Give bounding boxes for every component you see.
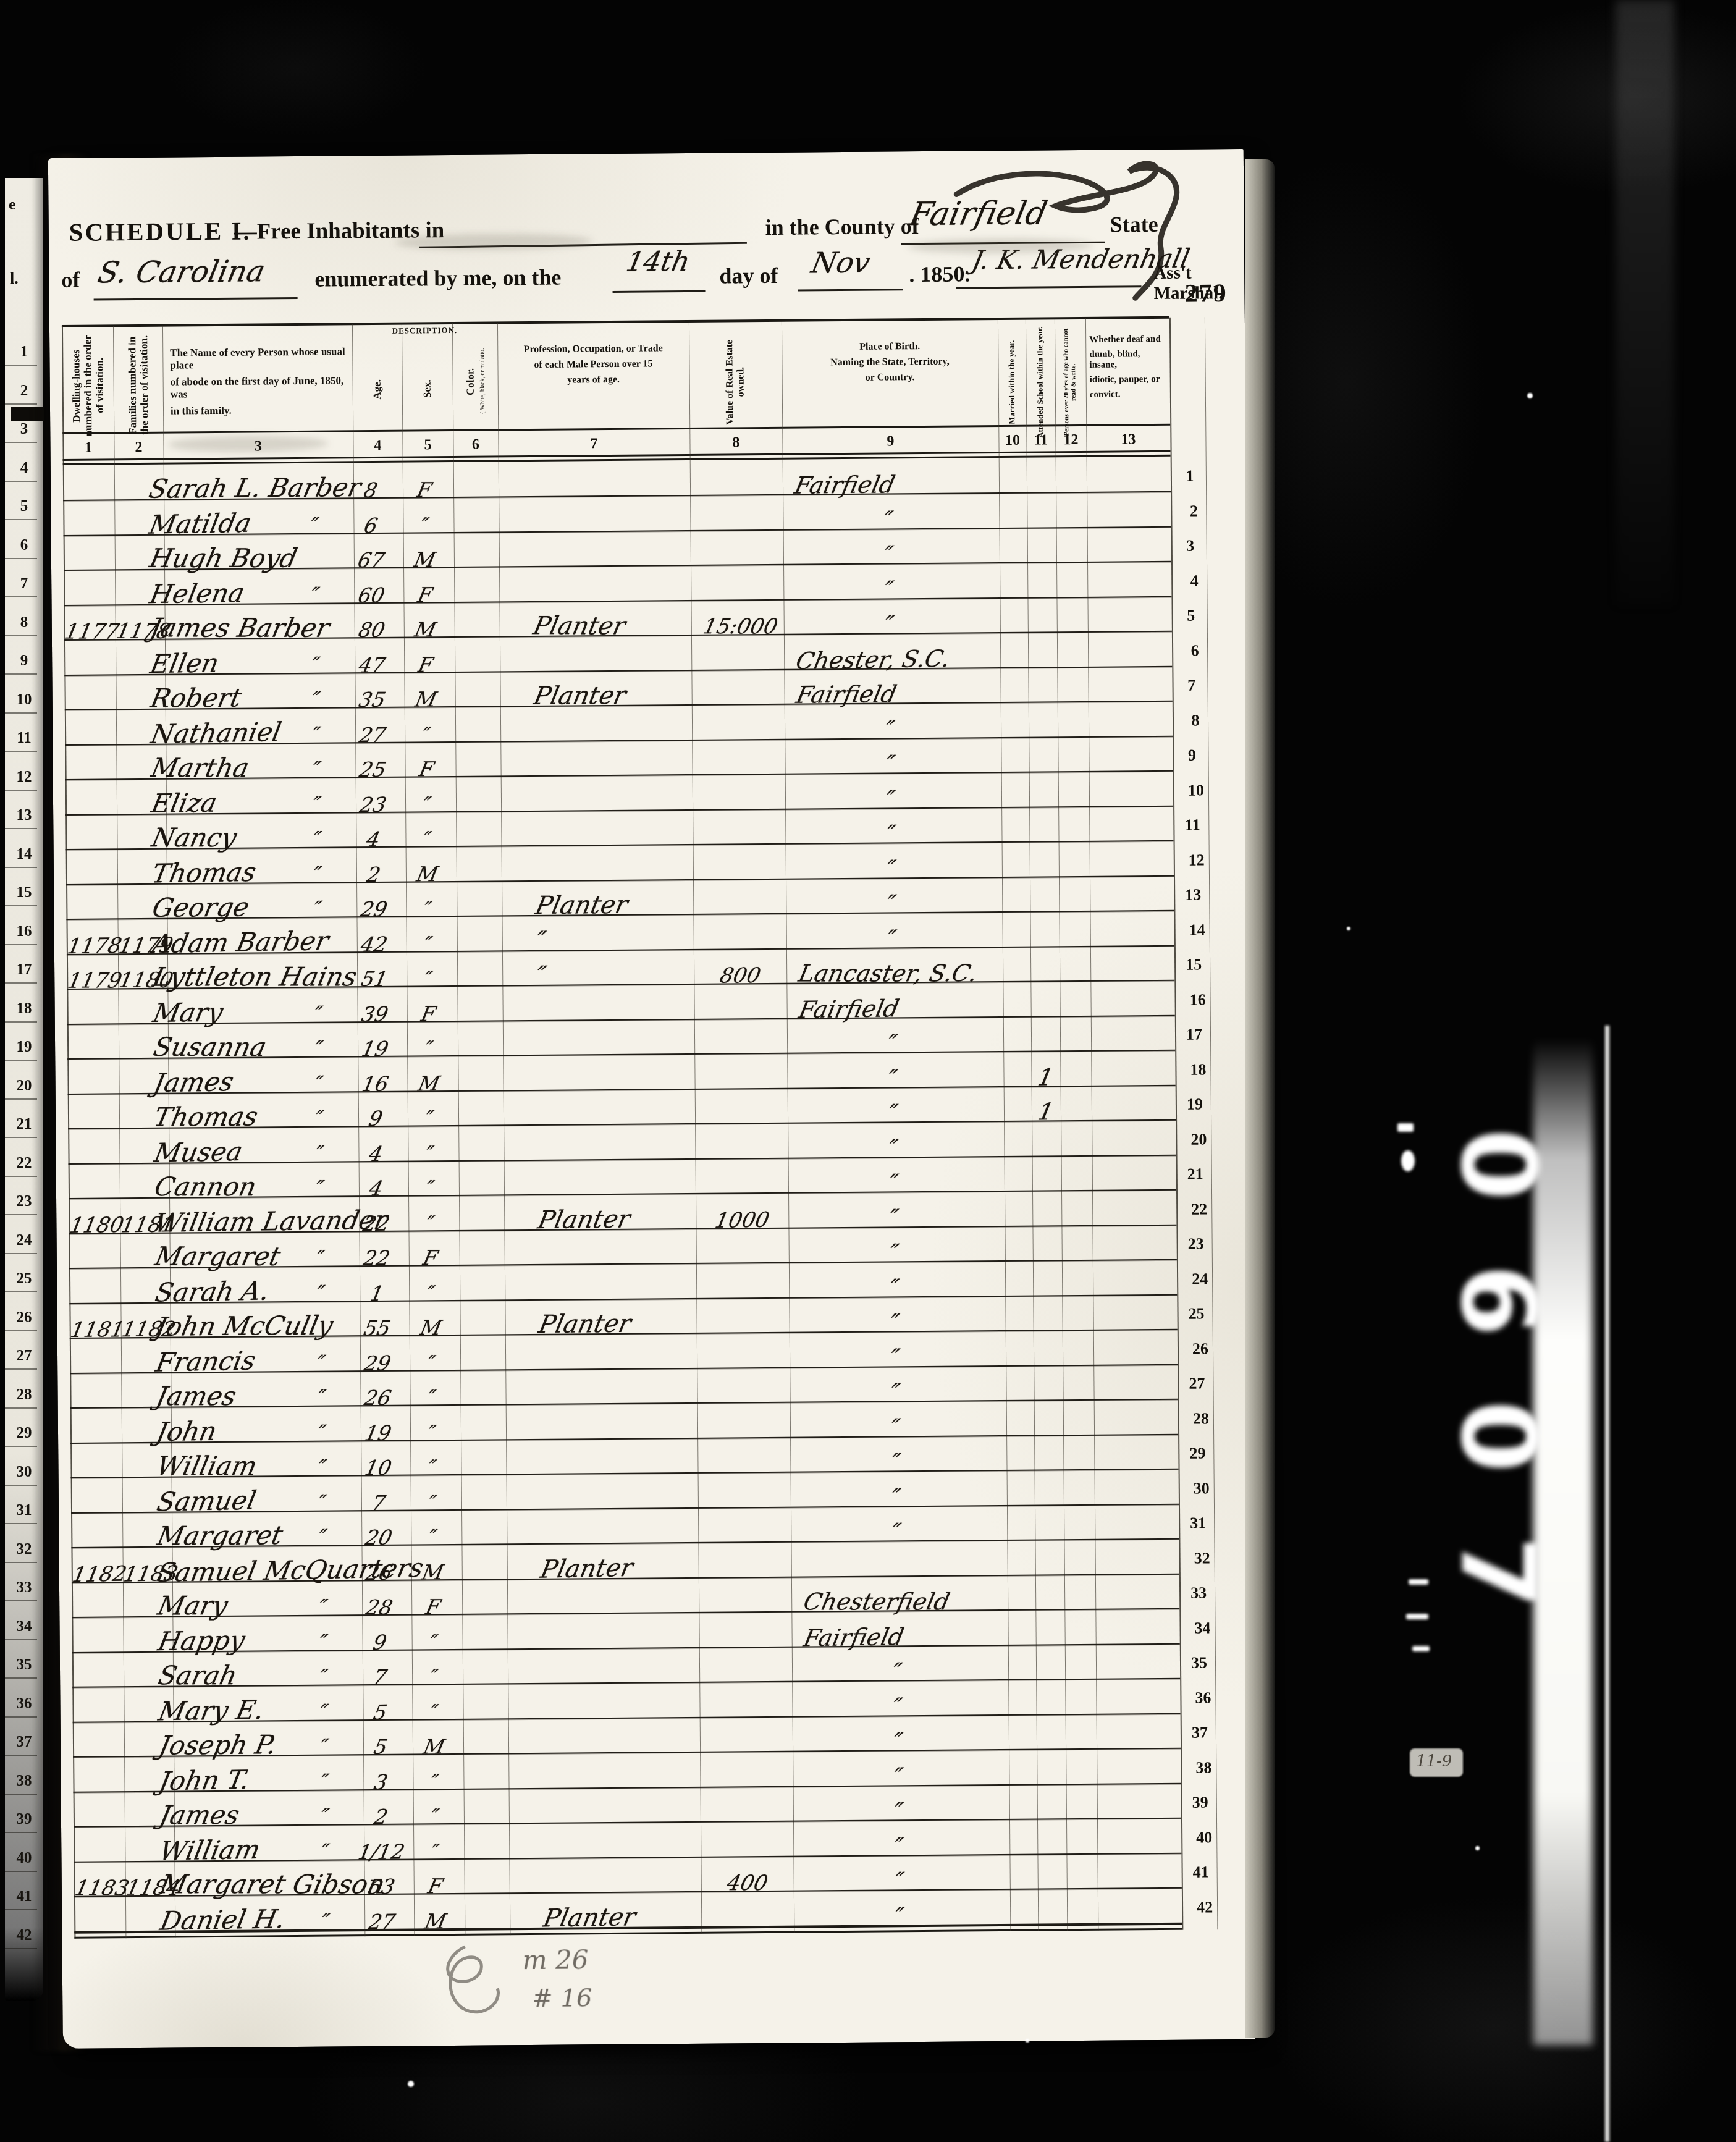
column-header-line: in this family. [171, 403, 350, 417]
column-header-sublabel: { White, black, or mulatto. [479, 348, 486, 415]
adjacent-page-line-number: 13 [14, 807, 35, 824]
line-number: 7 [1179, 676, 1203, 694]
column-number: 13 [1086, 431, 1170, 449]
line-number: 20 [1186, 1130, 1211, 1149]
line-number: 36 [1190, 1689, 1215, 1707]
column-header: The Name of every Person whose usual pla… [170, 341, 350, 421]
line-number: 8 [1183, 711, 1208, 730]
line-number: 23 [1184, 1234, 1208, 1253]
line-number: 37 [1187, 1723, 1212, 1742]
adjacent-page-line-number: 32 [14, 1541, 35, 1558]
adjacent-page-line-number: 42 [14, 1927, 35, 1944]
column-header-line: years of age. [502, 374, 686, 386]
line-number: 24 [1187, 1270, 1212, 1288]
adjacent-page-line-number: 40 [14, 1850, 35, 1867]
film-mark [1406, 1614, 1428, 1619]
film-frame-digit: 7 [1433, 1517, 1557, 1628]
census-page: SCHEDULE I. —Free Inhabitants in in the … [48, 149, 1258, 2049]
column-number: 8 [689, 434, 782, 452]
column-header: Value of Real Estate owned. [689, 329, 782, 435]
adjacent-page-line-number: 4 [14, 460, 35, 477]
adjacent-page-line-number: 38 [14, 1773, 35, 1790]
adjacent-page-line-number: 17 [14, 961, 35, 979]
column-header-label: Color. [465, 368, 477, 395]
adjacent-page-line-number: 21 [14, 1116, 35, 1133]
cell-birthplace: ″ [804, 1900, 995, 1931]
month-underline [798, 289, 903, 291]
pencil-note-3: 11-9 [1416, 1752, 1452, 1771]
adjacent-page-line-number: 31 [14, 1502, 35, 1519]
line-number: 16 [1185, 990, 1210, 1009]
pencil-scrawl [428, 1940, 521, 2027]
line-number: 42 [1192, 1898, 1217, 1916]
line-number: 28 [1189, 1409, 1213, 1428]
column-number: 4 [353, 437, 402, 455]
schedule-title: SCHEDULE I. [69, 216, 251, 247]
column-number: 6 [453, 436, 498, 453]
line-number: 29 [1185, 1444, 1210, 1462]
line-number: 10 [1184, 781, 1208, 799]
sliver-print-fragment: e [9, 195, 16, 214]
day-underline [613, 290, 706, 293]
day-of-label: day of [719, 263, 778, 289]
line-number: 27 [1184, 1374, 1209, 1393]
of-label: of [61, 267, 80, 293]
column-header-label: Attended School within the year. [1035, 326, 1045, 438]
column-header-line: dumb, blind, insane, [1089, 349, 1166, 371]
line-number: 26 [1188, 1339, 1213, 1358]
adjacent-page-line-number: 16 [14, 923, 35, 940]
column-number: 1 [62, 439, 114, 457]
adjacent-page-line-number: 24 [14, 1232, 35, 1249]
line-number: 32 [1190, 1549, 1215, 1567]
line-number: 30 [1189, 1479, 1214, 1498]
state-underline [94, 297, 298, 301]
page-fore-edge [1245, 159, 1275, 2038]
column-header: Families numbered in the order of visita… [113, 334, 163, 437]
line-number: 38 [1191, 1758, 1216, 1777]
column-header: Dwelling-houses numbered in the order of… [62, 334, 114, 437]
column-number: 2 [114, 439, 163, 457]
line-number: 31 [1186, 1514, 1210, 1532]
cell-age: 27 [355, 1909, 409, 1934]
column-header-label: Married within the year. [1007, 340, 1017, 424]
adjacent-page-line-number: 9 [14, 652, 35, 670]
line-number: 15 [1181, 955, 1206, 974]
film-edge-line [1605, 1026, 1609, 2142]
column-header-line: of abode on the first day of June, 1850,… [171, 374, 350, 400]
column-header-label: Dwelling-houses numbered in the order of… [70, 334, 106, 436]
column-header-label: Value of Real Estate owned. [724, 329, 747, 434]
adjacent-page-line-number: 22 [14, 1155, 35, 1172]
line-number: 18 [1186, 1060, 1210, 1079]
film-speck [408, 2081, 414, 2087]
description-label: DESCRIPTION. [352, 325, 497, 336]
column-header: Age. [352, 352, 402, 427]
adjacent-page-line-number: 29 [14, 1425, 35, 1442]
adjacent-page-line-number: 1 [14, 344, 35, 361]
column-number: 10 [998, 432, 1026, 449]
column-header-line: idiotic, pauper, or [1090, 374, 1166, 386]
adjacent-page-line-number: 33 [14, 1579, 35, 1596]
adjacent-page-line-number: 41 [14, 1888, 35, 1905]
column-header-line: Naming the State, Territory, [786, 356, 993, 369]
line-number: 40 [1192, 1828, 1216, 1847]
line-number: 11 [1180, 816, 1205, 834]
line-number: 35 [1187, 1653, 1211, 1672]
column-header-label: Age. [371, 379, 383, 400]
enumerated-label: enumerated by me, on the [314, 264, 561, 292]
ink-flourish-scrawl [938, 155, 1199, 311]
adjacent-page-line-number: 3 [14, 421, 35, 438]
film-mark [1401, 1150, 1415, 1171]
column-divider [1205, 317, 1218, 1929]
column-number: 5 [402, 437, 453, 454]
line-number: 25 [1184, 1304, 1208, 1323]
county-label: in the County of [765, 213, 919, 240]
column-header: Persons over 20 y'rs of age who cannot r… [1055, 322, 1087, 442]
adjacent-page-line-number: 37 [14, 1734, 35, 1751]
column-header-label: Sex. [421, 379, 433, 398]
line-number: 39 [1188, 1793, 1213, 1811]
adjacent-page-line-number: 14 [14, 846, 35, 863]
census-scan-canvas: { "header": { "schedule_label": "SCHEDUL… [0, 0, 1736, 2142]
line-number: 4 [1182, 571, 1207, 590]
film-speck [1026, 2039, 1029, 2043]
cell-sex: M [411, 1908, 460, 1933]
line-number: 33 [1186, 1583, 1211, 1602]
column-number: 12 [1055, 432, 1086, 449]
film-mark [1409, 1579, 1428, 1585]
adjacent-page-line-number: 28 [14, 1386, 35, 1404]
film-speck [1347, 927, 1350, 930]
film-speck [1475, 1846, 1480, 1850]
column-header-line: convict. [1090, 389, 1166, 400]
state-handwritten: S. Carolina [95, 254, 269, 290]
adjacent-page-line-number: 36 [14, 1695, 35, 1713]
adjacent-page-line-number: 18 [14, 1000, 35, 1018]
adjacent-page-line-number: 23 [14, 1193, 35, 1210]
line-number: 9 [1179, 746, 1204, 764]
film-speck [1527, 393, 1533, 398]
column-number: 11 [1026, 432, 1055, 449]
adjacent-page-line-number: 15 [14, 884, 35, 901]
film-light-leak-top [1616, 0, 1674, 605]
line-number: 14 [1185, 921, 1210, 939]
adjacent-page-line-number: 5 [14, 498, 35, 515]
column-header-line: Whether deaf and [1089, 334, 1166, 345]
column-number: 7 [498, 435, 689, 453]
adjacent-page-line-number: 2 [14, 382, 35, 400]
column-number: 9 [782, 432, 998, 451]
line-number: 21 [1183, 1165, 1208, 1183]
pencil-note-2: # 16 [532, 1984, 592, 2013]
column-header: Sex. [402, 352, 453, 426]
adjacent-page-line-number: 35 [14, 1656, 35, 1674]
line-number: 1 [1178, 466, 1202, 485]
film-frame-digit: 0 [1433, 1381, 1557, 1492]
film-frame-digit: 0 [1433, 1109, 1557, 1220]
line-number: 3 [1178, 536, 1203, 555]
adjacent-page-line-number: 19 [14, 1039, 35, 1056]
adjacent-page-line-number: 39 [14, 1811, 35, 1828]
film-mark [1412, 1646, 1430, 1651]
column-header-line: of each Male Person over 15 [501, 358, 685, 371]
adjacent-page-line-number: 12 [14, 769, 35, 786]
adjacent-page-line-number: 8 [14, 614, 35, 631]
column-header-line: Place of Birth. [786, 340, 993, 353]
line-number: 5 [1179, 606, 1203, 625]
adjacent-page-line-number: 27 [14, 1347, 35, 1365]
line-number: 2 [1181, 502, 1206, 520]
adjacent-page-line-number: 26 [14, 1309, 35, 1326]
column-header: Attended School within the year. [1026, 323, 1055, 441]
adjacent-page-line-number: 10 [14, 691, 35, 709]
adjacent-page-line-number: 11 [14, 730, 35, 747]
line-number: 17 [1182, 1025, 1207, 1044]
pencil-note-1: m 26 [523, 1944, 589, 1975]
film-mark [1397, 1123, 1414, 1132]
adjacent-page-line-number: 34 [14, 1618, 35, 1635]
column-header-label: Families numbered in the order of visita… [126, 334, 150, 436]
adjacent-page-line-number: 20 [14, 1077, 35, 1095]
line-number: 13 [1181, 885, 1205, 904]
day-handwritten: 14th [623, 246, 693, 278]
line-number: 19 [1182, 1095, 1207, 1113]
column-header: Profession, Occupation, or Tradeof each … [501, 339, 686, 390]
column-header: Whether deaf anddumb, blind, insane,idio… [1089, 330, 1166, 405]
column-header-color: Color.{ White, black, or mulatto. [452, 335, 498, 428]
line-number: 41 [1189, 1863, 1213, 1881]
line-number: 22 [1187, 1200, 1211, 1218]
cell-name: Daniel H. [158, 1904, 288, 1936]
adjacent-page-line-number: 6 [14, 537, 35, 554]
column-header-line: The Name of every Person whose usual pla… [170, 345, 350, 371]
film-frame-digit: 6 [1433, 1245, 1557, 1356]
column-number: 3 [163, 437, 353, 455]
line-number: 12 [1184, 851, 1209, 869]
adjacent-page-line-number: 30 [14, 1464, 35, 1481]
column-header-line: Profession, Occupation, or Trade [501, 343, 685, 355]
column-header: Place of Birth.Naming the State, Territo… [786, 336, 993, 389]
column-header-line: or Country. [787, 371, 993, 384]
line-number: 34 [1190, 1619, 1215, 1637]
month-handwritten: Nov [809, 246, 874, 280]
adjacent-page-line-number: 7 [14, 575, 35, 592]
column-header: Married within the year. [998, 324, 1026, 441]
column-header-label: Persons over 20 y'rs of age who cannot r… [1063, 322, 1078, 442]
sliver-print-fragment: l. [10, 269, 19, 288]
cell-occupation: Planter [541, 1903, 638, 1933]
line-number: 6 [1182, 641, 1207, 660]
adjacent-page-line-number: 25 [14, 1270, 35, 1288]
